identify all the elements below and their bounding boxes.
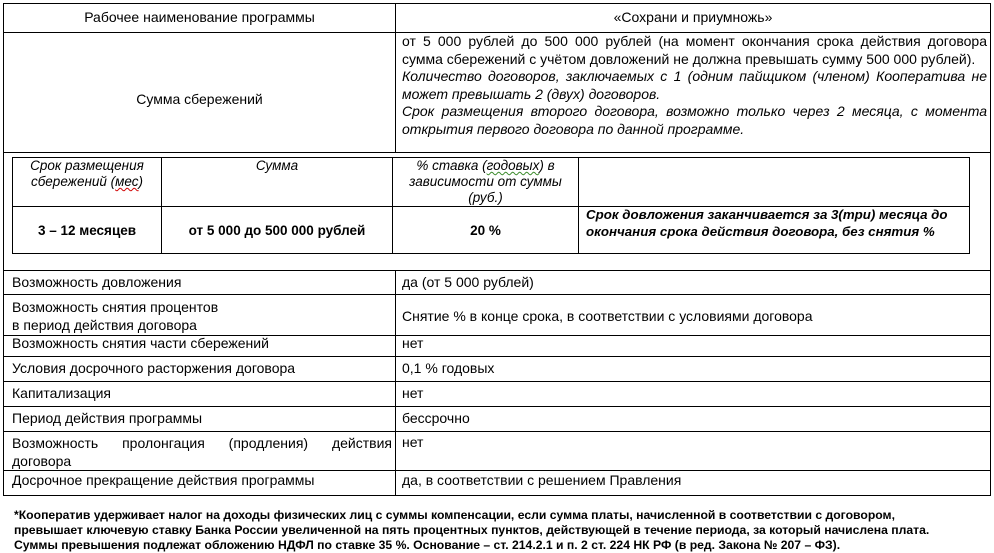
header-rate-word: годовых — [487, 158, 540, 173]
rate-table-col-divider — [578, 157, 579, 254]
tax-footnote: *Кооператив удерживает налог на доходы ф… — [14, 508, 974, 553]
footnote-line: Суммы превышения подлежат обложению НДФЛ… — [14, 538, 974, 553]
condition-value-early-termination: 0,1 % годовых — [402, 360, 987, 377]
rate-table-border-bottom — [12, 253, 970, 254]
footnote-line: *Кооператив удерживает налог на доходы ф… — [14, 508, 974, 523]
condition-value-program-period: бессрочно — [402, 410, 987, 427]
condition-value-capitalization: нет — [402, 385, 987, 402]
rate-table-border-right — [969, 157, 970, 254]
row-divider — [3, 431, 991, 432]
header-rate-prefix: % ставка ( — [416, 158, 486, 173]
row-divider — [3, 406, 991, 407]
header-term-line2: сбережений (мес) — [13, 174, 161, 190]
savings-amount-label: Сумма сбережений — [4, 91, 395, 108]
program-name-label: Рабочее наименование программы — [4, 9, 395, 26]
header-rate-line1: % ставка (годовых) в — [393, 158, 578, 174]
condition-label-early-termination: Условия досрочного расторжения договора — [12, 360, 392, 377]
column-divider-bottom — [395, 270, 396, 496]
second-contract-note: Срок размещения второго договора, возмож… — [402, 103, 987, 138]
table-border-right — [990, 3, 991, 496]
rate-amount-value: от 5 000 до 500 000 рублей — [162, 222, 392, 239]
condition-value-partial-withdrawal: нет — [402, 335, 987, 352]
rate-percent-value: 20 % — [393, 222, 578, 239]
table-border-bottom — [3, 495, 991, 496]
condition-value-top-up: да (от 5 000 рублей) — [402, 274, 987, 291]
condition-label-partial-withdrawal: Возможность снятия части сбережений — [12, 335, 392, 352]
condition-value-interest-withdrawal: Снятие % в конце срока, в соответствии с… — [402, 308, 987, 325]
rate-table-header-amount: Сумма — [162, 158, 392, 174]
row-divider — [3, 470, 991, 471]
header-term-unit: мес — [115, 174, 138, 189]
contract-count-note: Количество договоров, заключаемых с 1 (о… — [402, 68, 987, 103]
row-divider — [3, 294, 991, 295]
header-term-prefix: сбережений ( — [31, 174, 115, 189]
row-divider — [3, 152, 991, 153]
condition-label-capitalization: Капитализация — [12, 385, 392, 402]
header-rate-line2: зависимости от суммы — [393, 174, 578, 190]
savings-amount-range: от 5 000 рублей до 500 000 рублей (на мо… — [402, 33, 987, 68]
condition-label-interest-withdrawal: Возможность снятия процентов в период де… — [12, 298, 392, 334]
condition-label-program-period: Период действия программы — [12, 410, 392, 427]
header-rate-suffix: ) в — [539, 158, 554, 173]
table-border-left — [3, 3, 4, 496]
header-term-line1: Срок размещения — [13, 158, 161, 174]
condition-label-program-termination: Досрочное прекращение действия программы — [12, 472, 392, 489]
condition-label-top-up: Возможность довложения — [12, 274, 392, 291]
row-divider — [3, 270, 991, 271]
condition-value-program-termination: да, в соответствии с решением Правления — [402, 472, 987, 489]
footnote-line: превышает ключевую ставку Банка России у… — [14, 523, 974, 538]
program-name-value: «Сохрани и приумножь» — [396, 9, 990, 26]
row-divider — [3, 356, 991, 357]
header-rate-line3: (руб.) — [393, 190, 578, 206]
condition-label-prolongation: Возможность пролонгация (продления) дейс… — [12, 434, 392, 470]
condition-value-prolongation: нет — [402, 434, 987, 451]
table-border-top — [3, 3, 991, 4]
header-term-suffix: ) — [139, 174, 144, 189]
savings-amount-value: от 5 000 рублей до 500 000 рублей (на мо… — [402, 33, 987, 138]
top-up-deadline-note: Срок довложения заканчивается за 3(три) … — [586, 206, 968, 240]
rate-term-value: 3 – 12 месяцев — [13, 222, 161, 239]
row-divider — [3, 381, 991, 382]
rate-table-header-term: Срок размещения сбережений (мес) — [13, 158, 161, 190]
rate-table-header-rate: % ставка (годовых) в зависимости от сумм… — [393, 158, 578, 206]
